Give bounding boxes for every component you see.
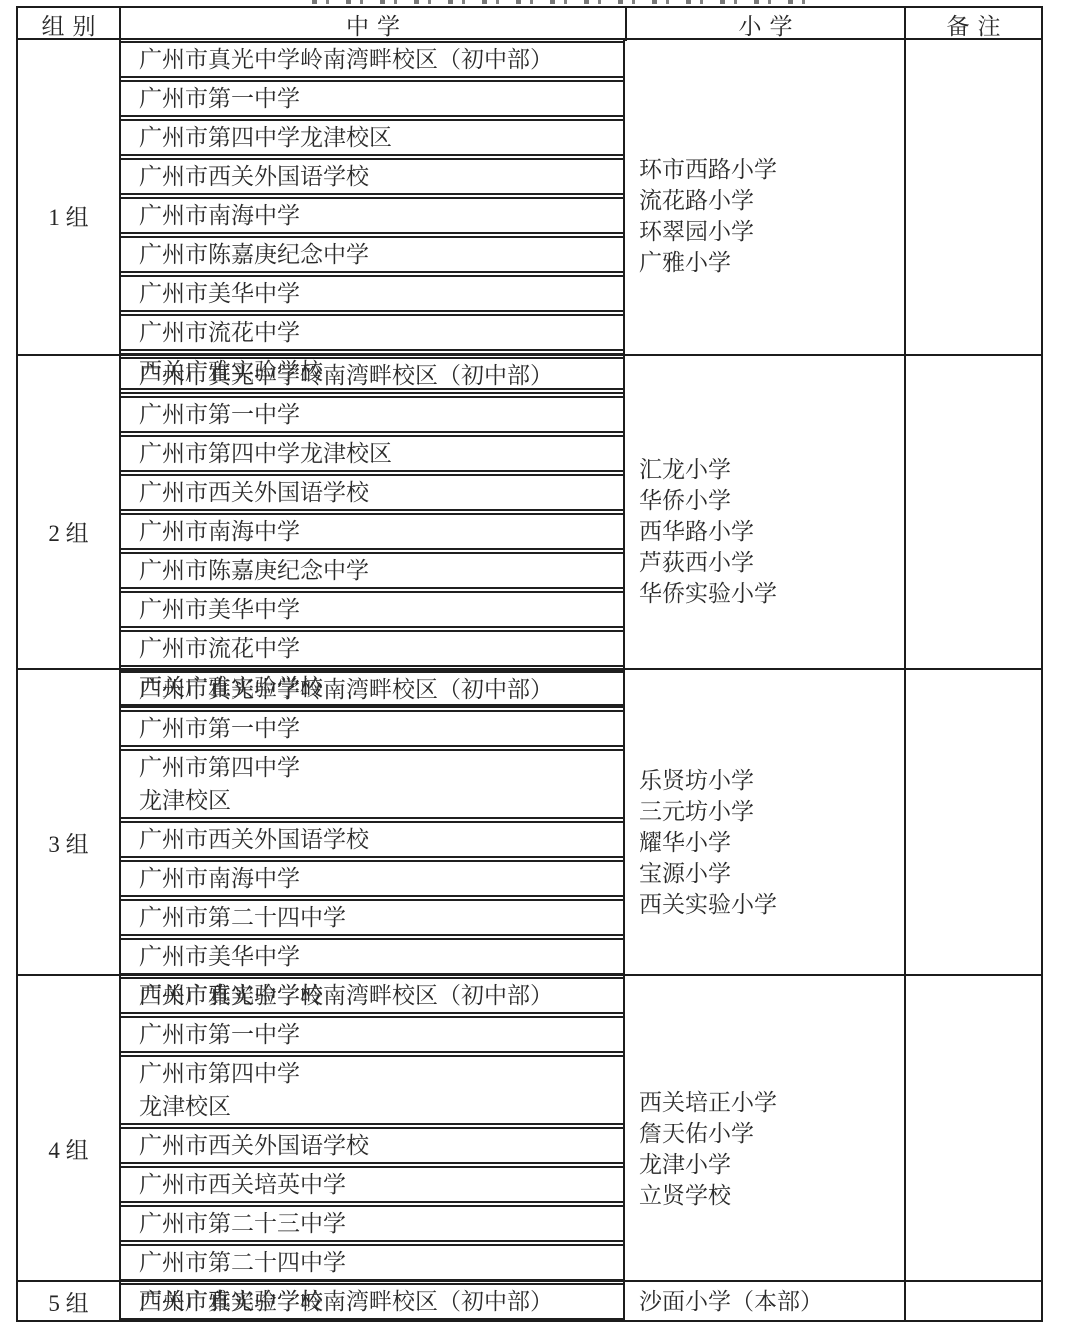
middle-school-cell: 广州市南海中学 xyxy=(121,860,623,897)
group-label: 4 组 xyxy=(18,976,119,1321)
middle-school-cell-stack: 广州市真光中学岭南湾畔校区（初中部）广州市第一中学广州市第四中学 龙津校区广州市… xyxy=(119,976,625,1321)
middle-school-cell: 广州市第二十三中学 xyxy=(121,1205,623,1242)
column-header-primary-school: 小学 xyxy=(625,8,904,41)
middle-school-cell: 广州市美华中学 xyxy=(121,275,623,312)
primary-school-line: 乐贤坊小学 xyxy=(639,765,904,796)
document-page: 组别 中学 小学 备注 1 组广州市真光中学岭南湾畔校区（初中部）广州市第一中学… xyxy=(0,0,1080,1326)
primary-school-cell: 沙面小学（本部） xyxy=(625,1282,904,1321)
primary-school-line: 华侨小学 xyxy=(639,485,904,516)
middle-school-cell: 广州市第四中学龙津校区 xyxy=(121,435,623,472)
group-row: 5 组广州市真光中学岭南湾畔校区（初中部）沙面小学（本部） xyxy=(18,1280,1041,1320)
middle-school-cell: 广州市美华中学 xyxy=(121,938,623,975)
group-row: 4 组广州市真光中学岭南湾畔校区（初中部）广州市第一中学广州市第四中学 龙津校区… xyxy=(18,974,1041,1280)
group-row: 1 组广州市真光中学岭南湾畔校区（初中部）广州市第一中学广州市第四中学龙津校区广… xyxy=(18,40,1041,354)
table-header-row: 组别 中学 小学 备注 xyxy=(18,8,1041,40)
middle-school-cell: 广州市西关外国语学校 xyxy=(121,158,623,195)
middle-school-cell: 广州市南海中学 xyxy=(121,513,623,550)
group-row: 2 组广州市真光中学岭南湾畔校区（初中部）广州市第一中学广州市第四中学龙津校区广… xyxy=(18,354,1041,668)
primary-school-line: 詹天佑小学 xyxy=(639,1118,904,1149)
middle-school-cell: 广州市第一中学 xyxy=(121,710,623,747)
middle-school-cell: 广州市真光中学岭南湾畔校区（初中部） xyxy=(121,1283,623,1320)
middle-school-cell: 广州市第四中学 龙津校区 xyxy=(121,1055,623,1125)
middle-school-cell: 广州市第二十四中学 xyxy=(121,899,623,936)
primary-school-line: 龙津小学 xyxy=(639,1149,904,1180)
middle-school-cell: 广州市第一中学 xyxy=(121,80,623,117)
primary-school-line: 立贤学校 xyxy=(639,1180,904,1211)
remark-cell xyxy=(904,670,1041,1015)
remark-cell xyxy=(904,40,1041,391)
primary-school-cell: 环市西路小学流花路小学环翠园小学广雅小学 xyxy=(625,40,904,391)
middle-school-cell: 广州市第一中学 xyxy=(121,396,623,433)
middle-school-cell-stack: 广州市真光中学岭南湾畔校区（初中部）广州市第一中学广州市第四中学龙津校区广州市西… xyxy=(119,356,625,707)
middle-school-cell: 广州市陈嘉庚纪念中学 xyxy=(121,552,623,589)
column-header-group: 组别 xyxy=(18,8,119,41)
remark-cell xyxy=(904,356,1041,707)
middle-school-cell: 广州市第四中学 龙津校区 xyxy=(121,749,623,819)
middle-school-cell: 广州市西关外国语学校 xyxy=(121,474,623,511)
primary-school-line: 西关培正小学 xyxy=(639,1087,904,1118)
middle-school-cell: 广州市西关外国语学校 xyxy=(121,1127,623,1164)
middle-school-cell: 广州市真光中学岭南湾畔校区（初中部） xyxy=(121,977,623,1014)
primary-school-line: 西华路小学 xyxy=(639,516,904,547)
remark-cell xyxy=(904,976,1041,1321)
middle-school-cell-stack: 广州市真光中学岭南湾畔校区（初中部）广州市第一中学广州市第四中学龙津校区广州市西… xyxy=(119,40,625,391)
primary-school-line: 宝源小学 xyxy=(639,858,904,889)
middle-school-cell-stack: 广州市真光中学岭南湾畔校区（初中部） xyxy=(119,1282,625,1321)
column-header-middle-school: 中学 xyxy=(119,8,625,41)
primary-school-line: 环翠园小学 xyxy=(639,216,904,247)
primary-school-line: 三元坊小学 xyxy=(639,796,904,827)
middle-school-cell: 广州市西关外国语学校 xyxy=(121,821,623,858)
primary-school-line: 芦荻西小学 xyxy=(639,547,904,578)
primary-school-line: 沙面小学（本部） xyxy=(639,1286,904,1317)
middle-school-cell: 广州市真光中学岭南湾畔校区（初中部） xyxy=(121,671,623,708)
middle-school-cell: 广州市流花中学 xyxy=(121,314,623,351)
column-header-remark: 备注 xyxy=(904,8,1041,41)
group-row: 3 组广州市真光中学岭南湾畔校区（初中部）广州市第一中学广州市第四中学 龙津校区… xyxy=(18,668,1041,974)
primary-school-line: 汇龙小学 xyxy=(639,454,904,485)
middle-school-cell: 广州市第二十四中学 xyxy=(121,1244,623,1281)
middle-school-cell: 广州市陈嘉庚纪念中学 xyxy=(121,236,623,273)
group-label: 5 组 xyxy=(18,1282,119,1321)
primary-school-line: 西关实验小学 xyxy=(639,889,904,920)
group-label: 3 组 xyxy=(18,670,119,1015)
primary-school-cell: 西关培正小学詹天佑小学龙津小学立贤学校 xyxy=(625,976,904,1321)
middle-school-cell: 广州市真光中学岭南湾畔校区（初中部） xyxy=(121,41,623,78)
middle-school-cell-stack: 广州市真光中学岭南湾畔校区（初中部）广州市第一中学广州市第四中学 龙津校区广州市… xyxy=(119,670,625,1015)
primary-school-line: 环市西路小学 xyxy=(639,154,904,185)
school-groups-table: 组别 中学 小学 备注 1 组广州市真光中学岭南湾畔校区（初中部）广州市第一中学… xyxy=(16,6,1043,1322)
primary-school-line: 广雅小学 xyxy=(639,247,904,278)
primary-school-line: 华侨实验小学 xyxy=(639,578,904,609)
middle-school-cell: 广州市美华中学 xyxy=(121,591,623,628)
table-body: 1 组广州市真光中学岭南湾畔校区（初中部）广州市第一中学广州市第四中学龙津校区广… xyxy=(18,40,1041,1320)
group-label: 2 组 xyxy=(18,356,119,707)
primary-school-cell: 汇龙小学华侨小学西华路小学芦荻西小学华侨实验小学 xyxy=(625,356,904,707)
clipped-title-remnant xyxy=(312,0,807,4)
middle-school-cell: 广州市第一中学 xyxy=(121,1016,623,1053)
primary-school-line: 耀华小学 xyxy=(639,827,904,858)
middle-school-cell: 广州市南海中学 xyxy=(121,197,623,234)
group-label: 1 组 xyxy=(18,40,119,391)
primary-school-cell: 乐贤坊小学三元坊小学耀华小学宝源小学西关实验小学 xyxy=(625,670,904,1015)
primary-school-line: 流花路小学 xyxy=(639,185,904,216)
middle-school-cell: 广州市第四中学龙津校区 xyxy=(121,119,623,156)
remark-cell xyxy=(904,1282,1041,1321)
middle-school-cell: 广州市真光中学岭南湾畔校区（初中部） xyxy=(121,357,623,394)
middle-school-cell: 广州市西关培英中学 xyxy=(121,1166,623,1203)
middle-school-cell: 广州市流花中学 xyxy=(121,630,623,667)
